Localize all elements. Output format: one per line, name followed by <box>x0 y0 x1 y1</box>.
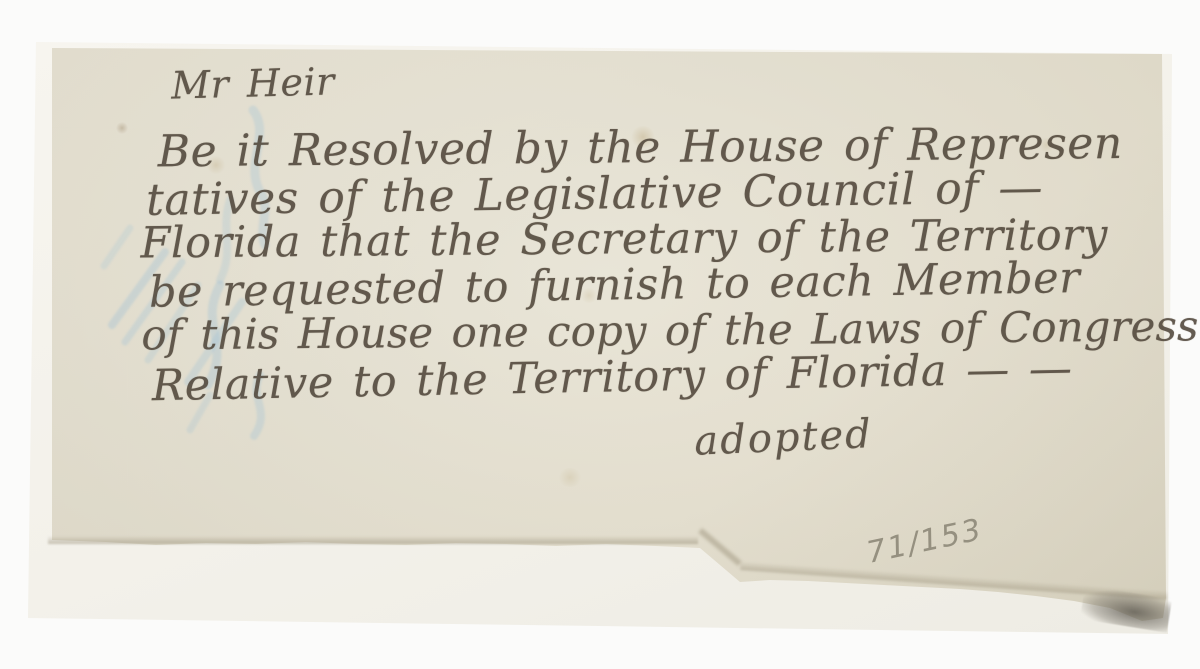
handwriting-layer: Mr Heir Be it Resolved by the House of R… <box>0 0 1200 669</box>
salutation-line: Mr Heir <box>171 59 336 107</box>
adopted-annotation: adopted <box>693 411 873 465</box>
scanned-document-view: Mr Heir Be it Resolved by the House of R… <box>0 0 1200 669</box>
